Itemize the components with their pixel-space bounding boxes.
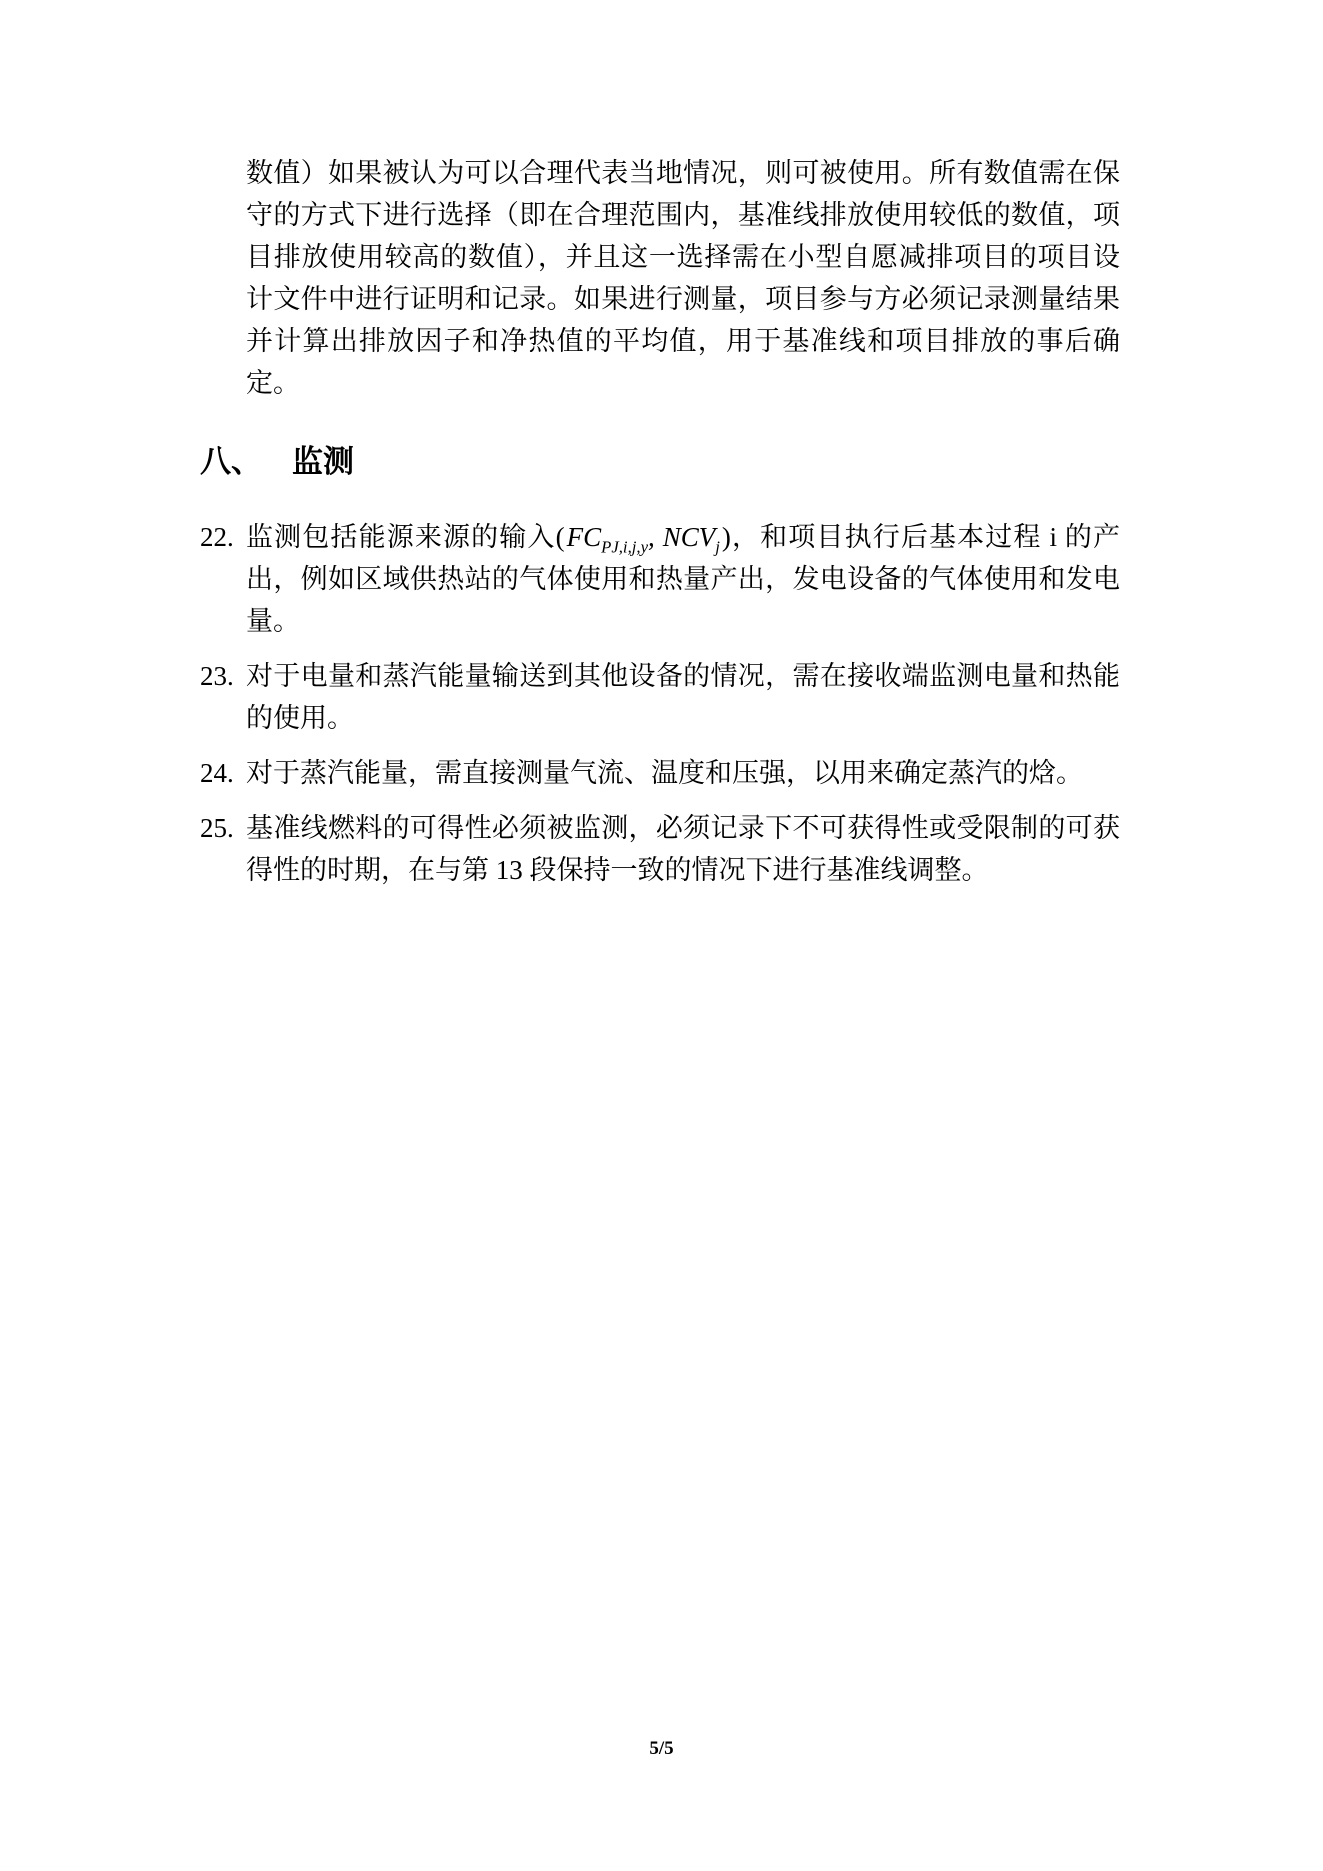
list-item-25: 25. 基准线燃料的可得性必须被监测，必须记录下不可获得性或受限制的可获得性的时… — [200, 807, 1120, 891]
formula-sub-ncv: j — [715, 537, 720, 556]
item-number: 24. — [200, 752, 234, 794]
page-number: 5/5 — [0, 1738, 1323, 1760]
item-text: 监测包括能源来源的输入(FCPJ,i,j,y, NCVj)，和项目执行后基本过程… — [246, 516, 1120, 642]
list-item-24: 24. 对于蒸汽能量，需直接测量气流、温度和压强，以用来确定蒸汽的焓。 — [200, 752, 1120, 794]
formula-fc-ncv: FCPJ,i,j,y, NCVj — [565, 522, 722, 552]
section-title: 监测 — [292, 444, 354, 479]
item-number: 25. — [200, 807, 234, 849]
document-page: 数值）如果被认为可以合理代表当地情况，则可被使用。所有数值需在保守的方式下进行选… — [0, 0, 1323, 1871]
item-22-text-before-formula: 监测包括能源来源的输入( — [246, 522, 565, 552]
item-text: 对于蒸汽能量，需直接测量气流、温度和压强，以用来确定蒸汽的焓。 — [246, 752, 1120, 794]
list-item-22: 22. 监测包括能源来源的输入(FCPJ,i,j,y, NCVj)，和项目执行后… — [200, 516, 1120, 642]
formula-sub-fc: PJ,i,j,y — [601, 537, 648, 556]
formula-var-fc: FC — [567, 522, 602, 552]
item-number: 22. — [200, 516, 234, 558]
page-content: 数值）如果被认为可以合理代表当地情况，则可被使用。所有数值需在保守的方式下进行选… — [200, 152, 1120, 904]
item-text: 对于电量和蒸汽能量输送到其他设备的情况，需在接收端监测电量和热能的使用。 — [246, 655, 1120, 739]
formula-var-ncv: NCV — [663, 522, 716, 552]
list-item-23: 23. 对于电量和蒸汽能量输送到其他设备的情况，需在接收端监测电量和热能的使用。 — [200, 655, 1120, 739]
item-text: 基准线燃料的可得性必须被监测，必须记录下不可获得性或受限制的可获得性的时期，在与… — [246, 807, 1120, 891]
section-heading: 八、监测 — [200, 440, 1120, 484]
section-number: 八、 — [200, 440, 262, 484]
item-number: 23. — [200, 655, 234, 697]
continuation-paragraph: 数值）如果被认为可以合理代表当地情况，则可被使用。所有数值需在保守的方式下进行选… — [200, 152, 1120, 404]
formula-separator: , — [648, 522, 663, 552]
